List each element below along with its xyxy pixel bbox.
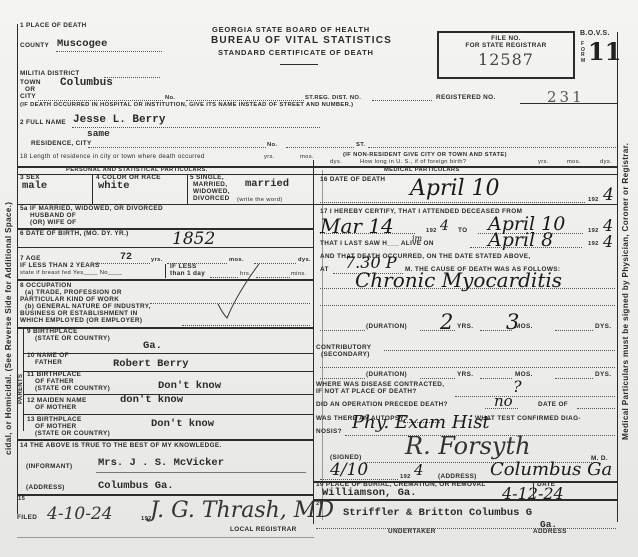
marital-label-divorced: DIVORCED — [193, 196, 230, 203]
duration2-dys-line — [555, 378, 593, 379]
duration-yrs-value: 2 — [440, 310, 453, 334]
undertaker-value: Striffler & Britton Columbus G — [343, 507, 532, 519]
signed-date-value: 4/10 — [330, 460, 368, 480]
state-registrar-label: FOR STATE REGISTRAR — [439, 43, 573, 50]
from-192-label: 192 — [426, 228, 437, 234]
rule-after-death-date — [313, 204, 618, 205]
breast-fed-label: state if breast fed Yes____ No____ — [20, 270, 122, 276]
occupation-b-label3: WHICH EMPLOYED (OR EMPLOYER) — [20, 318, 142, 325]
age-divider — [165, 264, 166, 278]
mother-name-label2: OF MOTHER — [35, 405, 77, 412]
undertaker-label: UNDERTAKER — [388, 529, 436, 536]
death-date-line — [320, 202, 585, 203]
agency-line3: STANDARD CERTIFICATE OF DEATH — [218, 49, 374, 57]
marital-value: married — [245, 178, 289, 190]
city-label: CITY — [20, 94, 36, 101]
personal-section-title: PERSONAL AND STATISTICAL PARTICULARS. — [66, 167, 208, 173]
informant-address-value: Columbus Ga. — [98, 480, 174, 492]
disease-contracted-label2: IF NOT AT PLACE OF DEATH? — [316, 389, 417, 396]
last-year-value: 4 — [603, 232, 613, 251]
registered-no-label: REGISTERED NO. — [436, 95, 496, 102]
foreign-birth-label: How long in U. S., if of foreign birth? — [360, 159, 466, 165]
less-than-2-years-label: IF LESS THAN 2 YEARS — [20, 263, 100, 270]
duration-yrs-label: YRS. — [457, 324, 473, 331]
father-birthplace-label3: (STATE OR COUNTRY) — [35, 386, 110, 393]
duration2-label: (DURATION) — [366, 372, 407, 379]
cause-line1 — [320, 288, 615, 289]
us-yrs: yrs. — [538, 159, 549, 165]
file-number-box: FILE NO. FOR STATE REGISTRAR 12587 — [437, 31, 575, 79]
file-number: 12587 — [439, 50, 573, 69]
from-year-value: 4 — [440, 218, 449, 234]
age-line — [95, 263, 150, 264]
birth-date-label: 6 DATE OF BIRTH, (MO. DY. YR.) — [20, 231, 129, 238]
residence-value: same — [87, 128, 110, 139]
nonresident-note: (IF NON-RESIDENT GIVE CITY OR TOWN AND S… — [343, 152, 507, 158]
residence-no-label: No. — [267, 142, 277, 148]
right-border — [617, 32, 618, 522]
signed-year-value: 4 — [414, 461, 424, 479]
us-dys: dys. — [600, 159, 612, 165]
death-date-label: 16 DATE OF DEATH — [320, 177, 385, 184]
agency-line1: GEORGIA STATE BOARD OF HEALTH — [212, 26, 370, 34]
informant-value: Mrs. J . S. McVicker — [98, 457, 224, 469]
registrar-signature: J. G. Thrash, MD — [150, 498, 334, 523]
disease-contracted-value: ? — [513, 377, 522, 396]
operation-label: DID AN OPERATION PRECEDE DEATH? — [316, 402, 448, 409]
undertaker-address-label: ADDRESS — [533, 529, 567, 536]
form-label: FORM — [581, 42, 586, 64]
knowledge-statement: 14 THE ABOVE IS TRUE TO THE BEST OF MY K… — [20, 443, 222, 450]
marital-note: (write the word) — [237, 197, 283, 203]
parents-label: PARENTS — [18, 374, 24, 404]
reg-dist-line — [372, 100, 432, 101]
duration2-yrs-label: YRS. — [457, 372, 473, 379]
rule-after-age — [17, 279, 313, 281]
mother-name-value: don't know — [120, 394, 183, 406]
undertaker-line — [316, 528, 616, 529]
secondary-label: (SECONDARY) — [321, 352, 370, 359]
mother-birthplace-label3: (STATE OR COUNTRY) — [35, 431, 110, 438]
duration2-dys-label: DYS. — [595, 372, 611, 379]
contributory-line2 — [320, 367, 615, 368]
check-mark-icon — [213, 262, 263, 322]
occupation-b-line — [182, 325, 310, 326]
duration-label: (DURATION) — [366, 324, 407, 331]
attended-from-line — [320, 233, 415, 234]
informant-address-label: (ADDRESS) — [26, 485, 65, 492]
age-yrs-label: yrs. — [151, 257, 163, 263]
duration2-yrs-line — [420, 378, 455, 379]
length-yrs: yrs. — [264, 154, 275, 160]
street-line — [186, 100, 304, 101]
agency-line2: BUREAU OF VITAL STATISTICS — [211, 36, 392, 47]
birth-date-value: 1852 — [172, 229, 215, 249]
last-saw-line — [470, 247, 582, 248]
burial-place-value: Williamson, Ga. — [322, 487, 417, 499]
bottom-border — [17, 537, 314, 538]
father-name-value: Robert Berry — [113, 358, 189, 370]
cause-line2 — [320, 305, 615, 306]
us-mos: mos. — [567, 159, 581, 165]
residence-st-label: ST. — [356, 142, 365, 148]
age-value: 72 — [120, 252, 132, 263]
physician-address-value: Columbus Ga — [490, 459, 612, 480]
informant-label: (INFORMANT) — [26, 464, 72, 471]
length-residence-label: 18 Length of residence in city or town w… — [20, 154, 205, 161]
birthplace-value: Ga. — [143, 340, 162, 352]
local-registrar-label: LOCAL REGISTRAR — [230, 527, 297, 534]
duration2-mos-line — [480, 378, 512, 379]
test-confirmed-value: Phy. Exam Hist — [352, 412, 490, 433]
full-name-label: 2 FULL NAME — [20, 120, 66, 127]
test-confirmed-label: WHAT TEST CONFIRMED DIAG- — [475, 416, 581, 423]
contributory-line — [384, 350, 615, 351]
duration-dys-label: DYS. — [595, 324, 611, 331]
wife-of-label: (OR) WIFE OF — [30, 220, 76, 227]
duration-pre-line — [320, 330, 365, 331]
length-mos: mos. — [300, 154, 314, 160]
right-margin-note: Medical Particulars must be signed by Ph… — [621, 143, 630, 440]
father-birthplace-value: Don't know — [158, 380, 221, 392]
residence-line — [88, 147, 266, 148]
rule-after-mother — [23, 414, 313, 415]
residence-st-line — [368, 147, 616, 148]
last-192-label: 192 — [588, 241, 599, 247]
to-label: TO — [458, 228, 467, 235]
death-year-prefix: 192 — [588, 197, 599, 203]
county-label: COUNTY — [20, 43, 49, 50]
attended-from-value: Mar 14 — [320, 214, 394, 238]
city-no-label: No. — [165, 95, 175, 101]
mother-birthplace-value: Don't know — [151, 418, 214, 430]
operation-date-label: DATE OF — [538, 402, 568, 409]
duration-dys-line — [555, 330, 593, 331]
race-divider — [187, 174, 188, 205]
residence-label: RESIDENCE, CITY — [31, 141, 92, 148]
sex-divider — [92, 174, 93, 205]
birthplace-label2: (STATE OR COUNTRY) — [35, 336, 110, 343]
city-line — [38, 100, 163, 101]
residence-no-line — [286, 147, 354, 148]
town-value: Columbus — [60, 77, 113, 89]
to-192-label: 192 — [588, 228, 599, 234]
informant-line — [96, 472, 306, 473]
st-reg-dist-label: ST.REG. DIST. NO. — [305, 95, 361, 101]
disease-contracted-line — [455, 396, 615, 397]
father-name-label2: FATHER — [35, 360, 62, 367]
medical-section-title: MEDICAL PARTICULARS — [384, 167, 460, 173]
registered-line — [520, 103, 618, 104]
than-1-day-label: than 1 day — [170, 271, 205, 278]
duration-mos-label: MOS. — [515, 324, 533, 331]
duration2-pre-line — [320, 378, 365, 379]
rule-after-burial — [313, 499, 618, 501]
race-value: white — [98, 180, 130, 192]
physician-address-label: (ADDRESS) — [438, 474, 477, 481]
operation-date-line — [577, 408, 615, 409]
age-dys-label: dys. — [298, 257, 311, 263]
death-certificate: cidal, or Homicidal. (See Reverse Side f… — [0, 0, 638, 557]
county-line — [56, 51, 162, 52]
operation-line — [485, 408, 518, 409]
form-number: 11 — [588, 37, 621, 66]
place-of-death-label: 1 PLACE OF DEATH — [20, 23, 87, 30]
full-name-value: Jesse L. Berry — [73, 114, 165, 126]
left-margin-note: cidal, or Homicidal. (See Reverse Side f… — [4, 202, 13, 455]
mins-label: mins. — [291, 271, 307, 277]
physician-signature: R. Forsyth — [405, 432, 531, 460]
filed-label: FILED — [17, 515, 37, 522]
rule-after-informant — [17, 494, 313, 496]
death-date-value: April 10 — [410, 176, 500, 201]
item-20-label: 20 — [316, 501, 323, 507]
center-divider — [313, 160, 314, 524]
county-value: Muscogee — [57, 38, 107, 50]
signed-192-label: 192 — [400, 474, 411, 480]
rule-after-mother-bp — [17, 439, 313, 441]
length-dys: dys. — [330, 159, 342, 165]
hospital-note: (IF DEATH OCCURRED IN HOSPITAL OR INSTIT… — [20, 102, 353, 108]
filed-date-value: 4-10-24 — [47, 504, 113, 524]
at-label: AT — [320, 267, 329, 274]
signed-date-line — [320, 479, 398, 480]
header-rule — [280, 64, 318, 65]
rule-after-birth — [17, 247, 313, 248]
item-15-label: 15 — [18, 496, 25, 502]
sex-value: male — [22, 180, 47, 192]
death-year-value: 4 — [603, 185, 614, 205]
last-saw-pronoun: im — [412, 234, 422, 243]
nosis-label: NOSIS? — [316, 429, 342, 436]
